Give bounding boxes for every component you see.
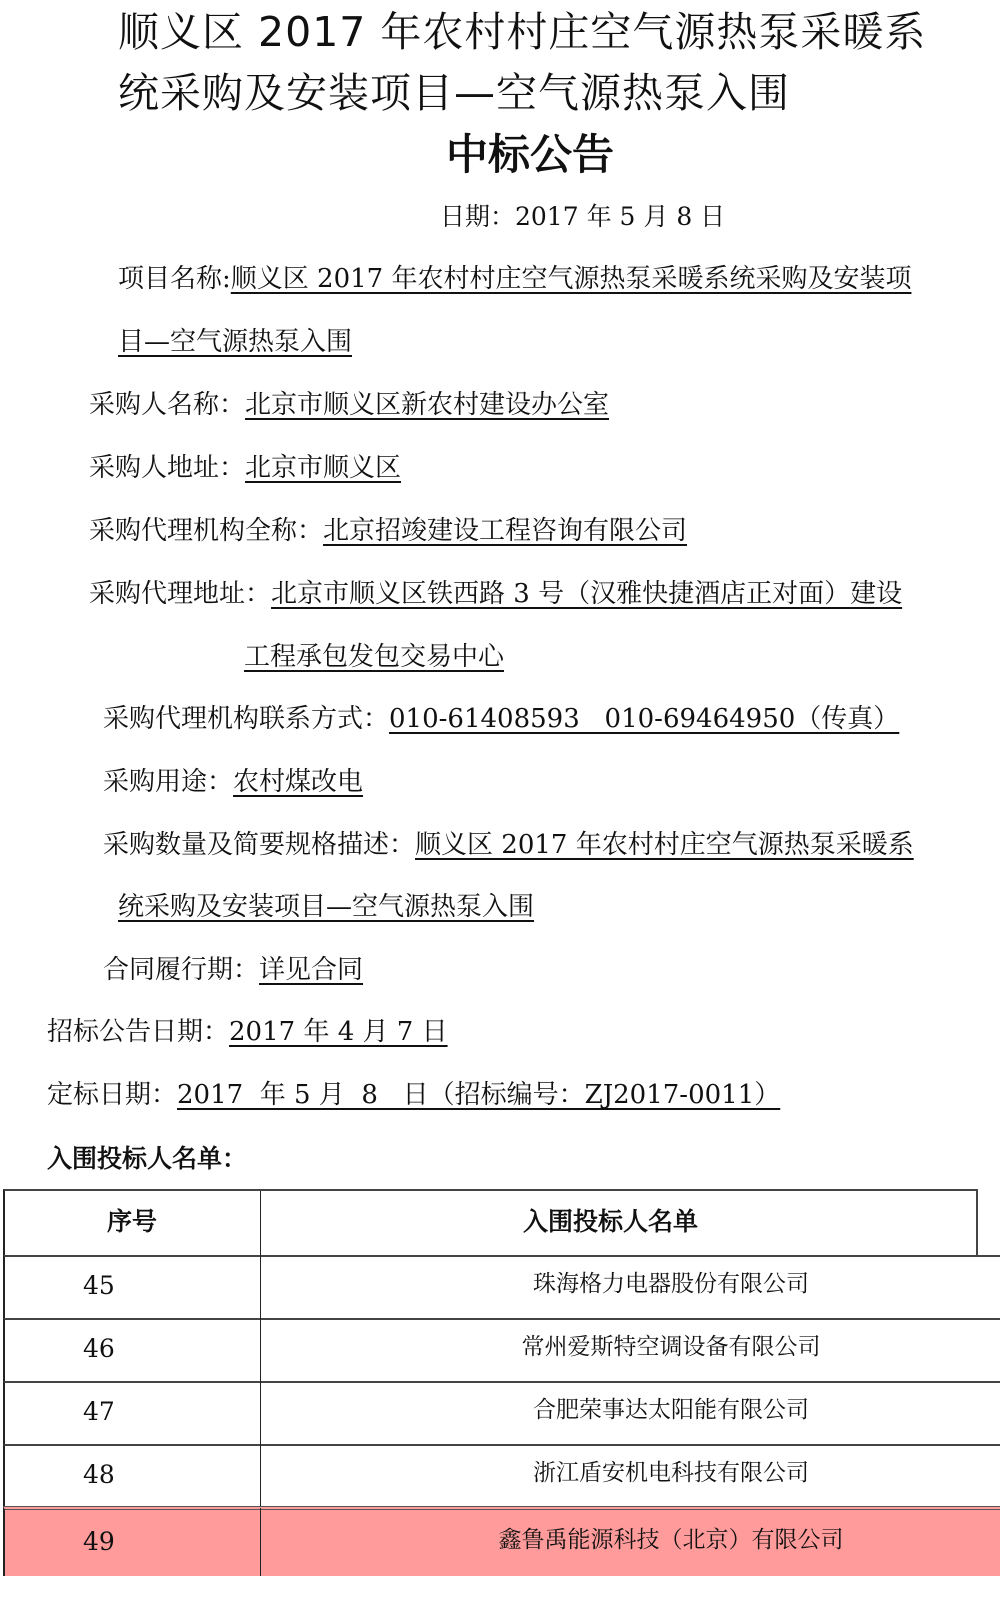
bidder-name: 常州爱斯特空调设备有限公司 bbox=[262, 1336, 1000, 1359]
field-value: 农村煤改电 bbox=[233, 767, 363, 797]
column-divider bbox=[260, 1191, 261, 1255]
field-value: 顺义区 2017 年农村村庄空气源热泵采暖系统采购及安装项 bbox=[231, 264, 912, 294]
field-label: 招标公告日期： bbox=[47, 1017, 229, 1047]
field-label: 项目名称: bbox=[118, 264, 231, 294]
title-line-2: 统采购及安装项目—空气源热泵入围 bbox=[118, 73, 790, 114]
field-purchaser-address: 采购人地址：北京市顺义区 bbox=[89, 455, 401, 481]
table-row: 45 珠海格力电器股份有限公司 bbox=[3, 1255, 1000, 1318]
bidder-name: 合肥荣事达太阳能有限公司 bbox=[262, 1399, 1000, 1422]
table-row: 46 常州爱斯特空调设备有限公司 bbox=[3, 1318, 1000, 1381]
column-header-number: 序号 bbox=[107, 1209, 157, 1234]
field-value: 北京市顺义区 bbox=[245, 453, 401, 483]
field-label: 采购人名称： bbox=[89, 390, 245, 420]
announcement-date: 日期：2017 年 5 月 8 日 bbox=[440, 204, 725, 229]
table-row: 47 合肥荣事达太阳能有限公司 bbox=[3, 1381, 1000, 1444]
table-row-highlighted: 49 鑫鲁禹能源科技（北京）有限公司 bbox=[3, 1506, 1000, 1576]
field-value: 目—空气源热泵入围 bbox=[118, 327, 352, 357]
row-number: 47 bbox=[83, 1399, 115, 1424]
field-label: 采购人地址： bbox=[89, 453, 245, 483]
bidders-table-header: 序号 入围投标人名单 bbox=[3, 1189, 978, 1255]
field-value: 2017 年 5 月 8 日（招标编号：ZJ2017-0011） bbox=[177, 1080, 780, 1110]
field-value: 北京市顺义区铁西路 3 号（汉雅快捷酒店正对面）建设 bbox=[271, 579, 902, 609]
field-value: 2017 年 4 月 7 日 bbox=[229, 1017, 448, 1047]
field-label: 定标日期： bbox=[47, 1080, 177, 1110]
field-label: 采购用途： bbox=[103, 767, 233, 797]
column-divider bbox=[260, 1444, 261, 1507]
field-quantity-spec: 采购数量及简要规格描述：顺义区 2017 年农村村庄空气源热泵采暖系 bbox=[103, 832, 914, 858]
column-header-name: 入围投标人名单 bbox=[523, 1209, 698, 1234]
bidder-name: 浙江盾安机电科技有限公司 bbox=[262, 1462, 1000, 1485]
row-number: 48 bbox=[83, 1462, 115, 1487]
field-label: 合同履行期： bbox=[103, 955, 259, 985]
field-label: 采购代理机构全称： bbox=[89, 516, 323, 546]
field-agency-name: 采购代理机构全称：北京招竣建设工程咨询有限公司 bbox=[89, 518, 687, 544]
field-agency-contact: 采购代理机构联系方式：010-61408593 010-69464950（传真） bbox=[103, 706, 899, 732]
column-divider bbox=[260, 1381, 261, 1444]
field-tender-notice-date: 招标公告日期：2017 年 4 月 7 日 bbox=[47, 1019, 448, 1045]
row-number: 46 bbox=[83, 1336, 115, 1361]
column-divider bbox=[260, 1255, 261, 1318]
title-line-1: 顺义区 2017 年农村村庄空气源热泵采暖系 bbox=[118, 12, 926, 53]
bidder-name: 珠海格力电器股份有限公司 bbox=[262, 1273, 1000, 1296]
field-award-date: 定标日期：2017 年 5 月 8 日（招标编号：ZJ2017-0011） bbox=[47, 1082, 780, 1108]
field-agency-address-cont: 工程承包发包交易中心 bbox=[244, 644, 504, 670]
column-divider bbox=[260, 1508, 261, 1576]
bidders-heading: 入围投标人名单： bbox=[47, 1146, 247, 1171]
field-value: 顺义区 2017 年农村村庄空气源热泵采暖系 bbox=[415, 830, 914, 860]
field-quantity-spec-cont: 统采购及安装项目—空气源热泵入围 bbox=[118, 894, 534, 920]
field-label: 采购代理地址： bbox=[89, 579, 271, 609]
field-contract-period: 合同履行期：详见合同 bbox=[103, 957, 363, 983]
field-value: 详见合同 bbox=[259, 955, 363, 985]
page-title: 中标公告 bbox=[446, 134, 614, 176]
field-project-name-cont: 目—空气源热泵入围 bbox=[118, 329, 352, 355]
field-value: 北京招竣建设工程咨询有限公司 bbox=[323, 516, 687, 546]
field-purpose: 采购用途：农村煤改电 bbox=[103, 769, 363, 795]
field-label: 采购代理机构联系方式： bbox=[103, 704, 389, 734]
field-purchaser-name: 采购人名称：北京市顺义区新农村建设办公室 bbox=[89, 392, 609, 418]
field-value: 010-61408593 010-69464950（传真） bbox=[389, 704, 899, 734]
row-number: 45 bbox=[83, 1273, 115, 1298]
row-number: 49 bbox=[83, 1529, 115, 1554]
column-divider bbox=[260, 1318, 261, 1381]
field-value: 北京市顺义区新农村建设办公室 bbox=[245, 390, 609, 420]
table-row: 48 浙江盾安机电科技有限公司 bbox=[3, 1444, 1000, 1507]
bidder-name: 鑫鲁禹能源科技（北京）有限公司 bbox=[262, 1529, 1000, 1552]
field-agency-address: 采购代理地址：北京市顺义区铁西路 3 号（汉雅快捷酒店正对面）建设 bbox=[89, 581, 902, 607]
field-value: 工程承包发包交易中心 bbox=[244, 642, 504, 672]
field-project-name: 项目名称:顺义区 2017 年农村村庄空气源热泵采暖系统采购及安装项 bbox=[118, 266, 911, 292]
field-value: 统采购及安装项目—空气源热泵入围 bbox=[118, 892, 534, 922]
field-label: 采购数量及简要规格描述： bbox=[103, 830, 415, 860]
